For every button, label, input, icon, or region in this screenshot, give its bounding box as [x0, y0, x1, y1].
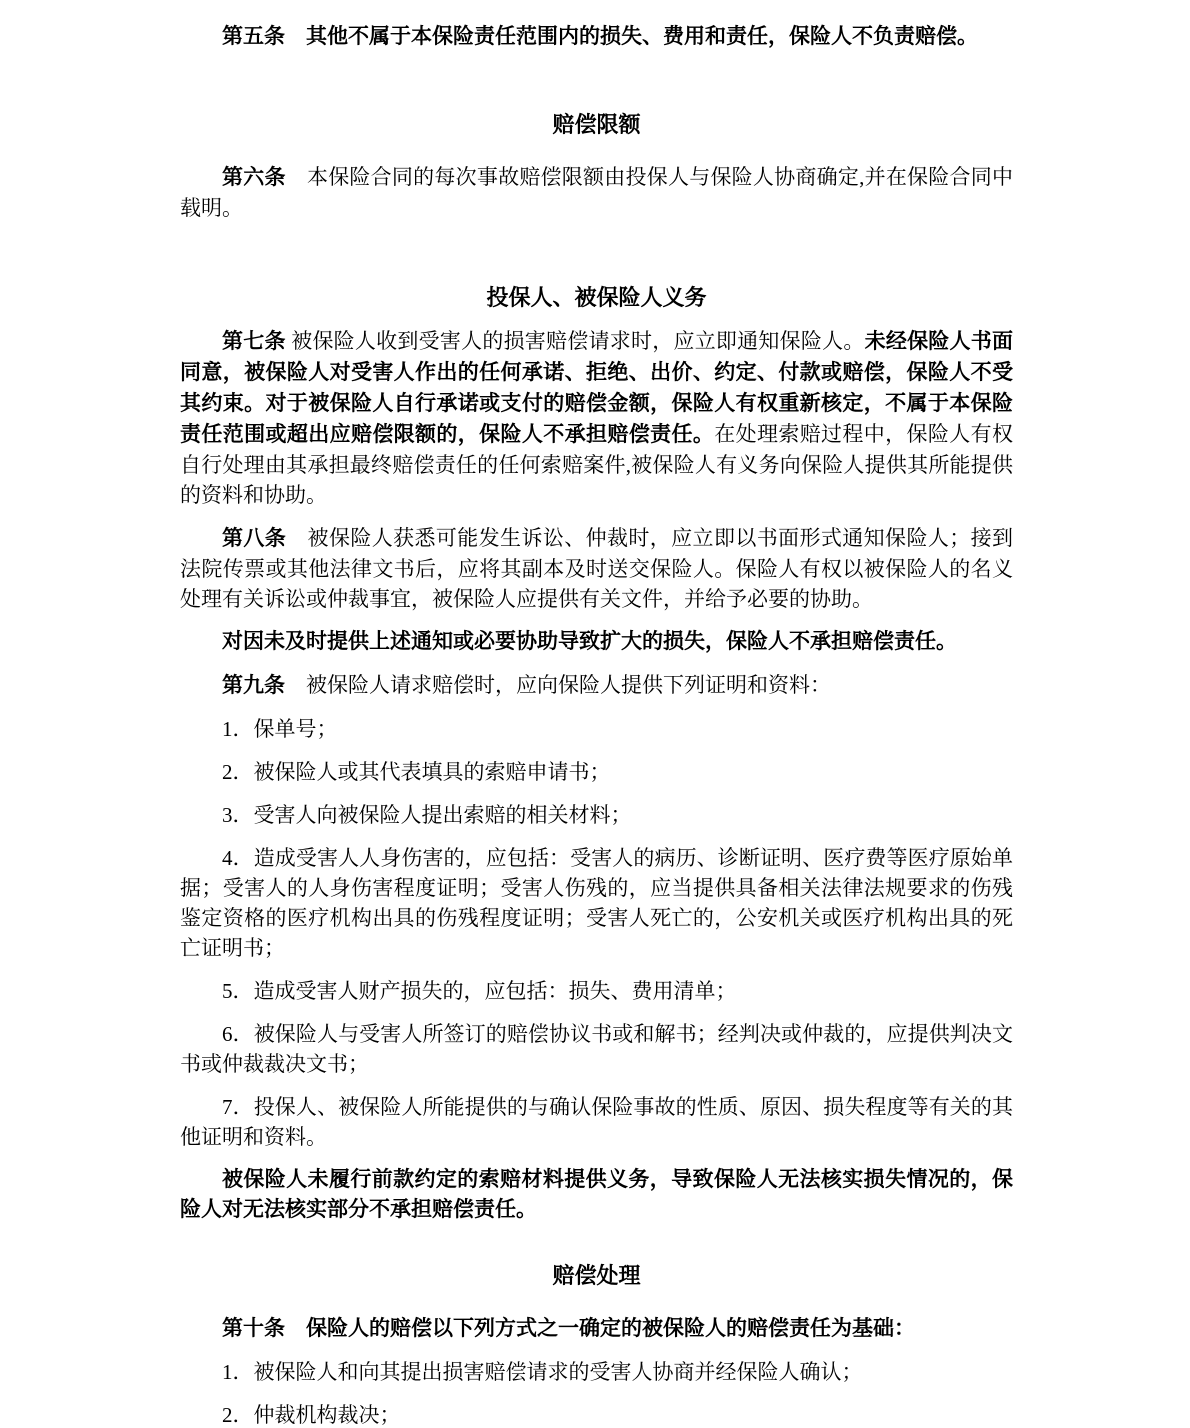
article-9-item-3: 3．受害人向被保险人提出索赔的相关材料； [180, 800, 1013, 830]
article-5-number: 第五条 [222, 25, 285, 48]
article-9-item-1: 1．保单号； [180, 714, 1013, 744]
article-8-paragraph: 第八条 被保险人获悉可能发生诉讼、仲裁时，应立即以书面形式通知保险人；接到法院传… [180, 523, 1013, 614]
article-9-item-7: 7．投保人、被保险人所能提供的与确认保险事故的性质、原因、损失程度等有关的其他证… [180, 1092, 1013, 1152]
article-10-paragraph: 第十条 保险人的赔偿以下列方式之一确定的被保险人的赔偿责任为基础： [180, 1313, 1013, 1344]
article-6-paragraph: 第六条 本保险合同的每次事故赔偿限额由投保人与保险人协商确定,并在保险合同中载明… [180, 162, 1013, 223]
article-9-item-6: 6．被保险人与受害人所签订的赔偿协议书或和解书；经判决或仲裁的，应提供判决文书或… [180, 1019, 1013, 1079]
article-5-text: 其他不属于本保险责任范围内的损失、费用和责任，保险人不负责赔偿。 [285, 25, 978, 48]
section-title-policyholder-insured-obligations: 投保人、被保险人义务 [180, 283, 1013, 313]
article-8-number: 第八条 [222, 527, 286, 550]
article-6-number: 第六条 [222, 166, 286, 189]
article-7-number: 第七条 [222, 330, 286, 353]
article-10-item-2: 2．仲裁机构裁决； [180, 1400, 1013, 1428]
article-8-notice-paragraph: 对因未及时提供上述通知或必要协助导致扩大的损失，保险人不承担赔偿责任。 [180, 627, 1013, 657]
article-9-number: 第九条 [222, 674, 285, 697]
article-7-text-normal-1: 被保险人收到受害人的损害赔偿请求时，应立即通知保险人。 [286, 329, 865, 353]
article-10-item-1: 1．被保险人和向其提出损害赔偿请求的受害人协商并经保险人确认； [180, 1357, 1013, 1387]
section-title-compensation-limit: 赔偿限额 [180, 110, 1013, 140]
article-9-item-4: 4．造成受害人人身伤害的，应包括：受害人的病历、诊断证明、医疗费等医疗原始单据；… [180, 843, 1013, 963]
article-8-text: 被保险人获悉可能发生诉讼、仲裁时，应立即以书面形式通知保险人；接到法院传票或其他… [180, 526, 1013, 611]
document-page: 第五条 其他不属于本保险责任范围内的损失、费用和责任，保险人不负责赔偿。 赔偿限… [0, 0, 1190, 1428]
article-9-item-5: 5．造成受害人财产损失的，应包括：损失、费用清单； [180, 976, 1013, 1006]
article-10-text: 保险人的赔偿以下列方式之一确定的被保险人的赔偿责任为基础： [285, 1317, 915, 1340]
article-7-paragraph: 第七条 被保险人收到受害人的损害赔偿请求时，应立即通知保险人。未经保险人书面同意… [180, 326, 1013, 510]
section-title-compensation-processing: 赔偿处理 [180, 1261, 1013, 1291]
article-9-notice-paragraph: 被保险人未履行前款约定的索赔材料提供义务，导致保险人无法核实损失情况的，保险人对… [180, 1165, 1013, 1225]
article-9-paragraph: 第九条 被保险人请求赔偿时，应向保险人提供下列证明和资料： [180, 670, 1013, 701]
article-9-text: 被保险人请求赔偿时，应向保险人提供下列证明和资料： [285, 673, 831, 697]
article-10-number: 第十条 [222, 1317, 285, 1340]
article-9-item-2: 2．被保险人或其代表填具的索赔申请书； [180, 757, 1013, 787]
article-5-paragraph: 第五条 其他不属于本保险责任范围内的损失、费用和责任，保险人不负责赔偿。 [180, 21, 1013, 52]
article-6-text: 本保险合同的每次事故赔偿限额由投保人与保险人协商确定,并在保险合同中载明。 [180, 165, 1013, 220]
